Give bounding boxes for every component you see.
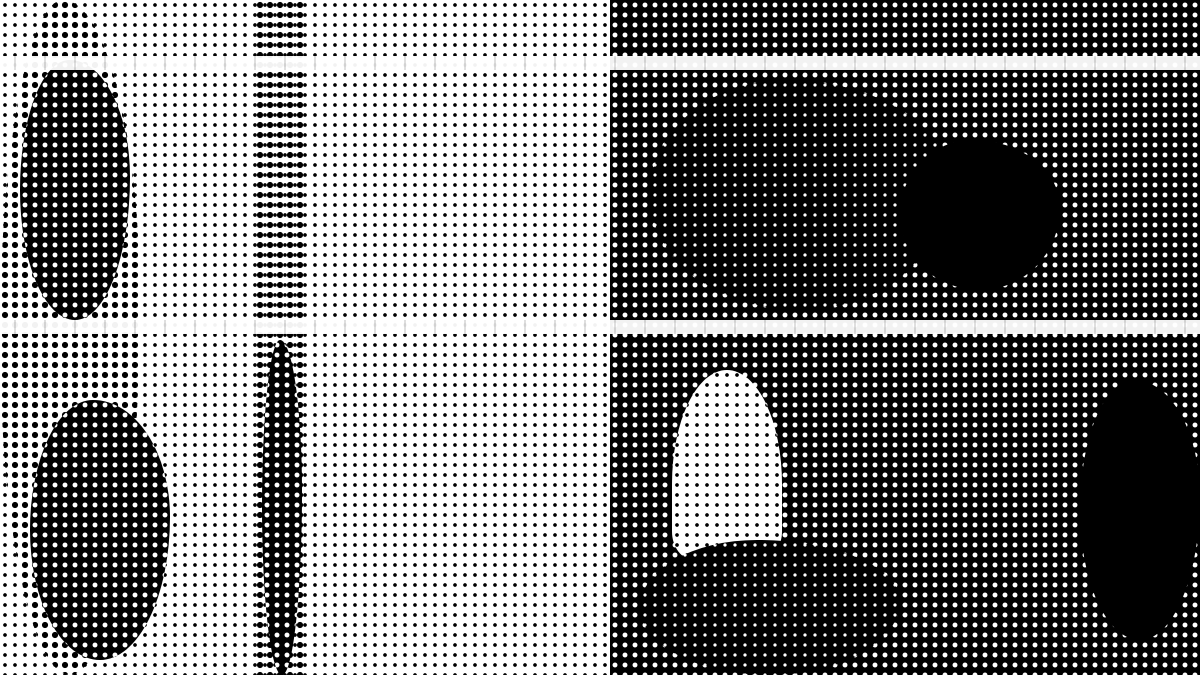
glitch-band-top (0, 56, 1200, 70)
glitch-band-middle (0, 320, 1200, 334)
halftone-image (0, 0, 1200, 675)
